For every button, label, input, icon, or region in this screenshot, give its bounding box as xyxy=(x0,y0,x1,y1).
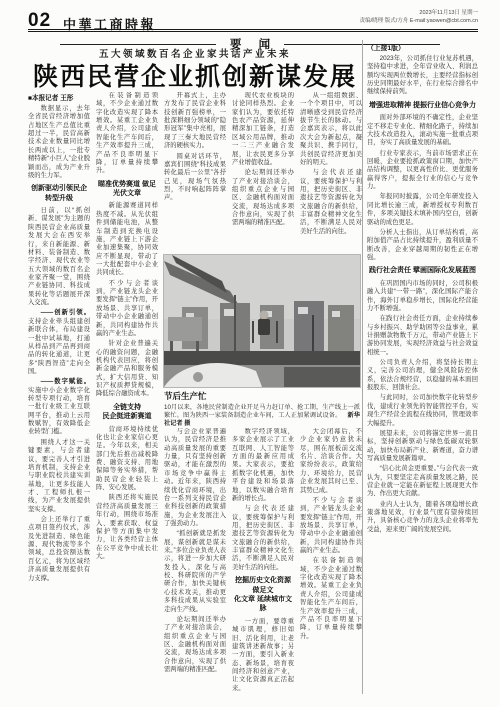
column-subhead: 增强进取精神 提振行业信心竞争力 xyxy=(367,101,478,110)
body-paragraph: 不少与会者谈到，产业链龙头企业要发挥“链主”作用，开放场景、共享订单，带动中小企… xyxy=(96,280,158,339)
body-paragraph: ——数字赋能。实施中小企业数字化转型专项行动，培育一批行业级工业互联网平台，推动… xyxy=(28,378,90,437)
body-paragraph: 开幕式上，主办方发布了民营企业科技创新百强榜单，一批深耕细分领域的“隐形冠军”集… xyxy=(164,92,226,151)
paragraph-lead: ——数字赋能。 xyxy=(41,378,90,385)
main-headline: 陕西民营企业抓创新谋发展 xyxy=(28,57,362,93)
body-paragraph: 从一组组数据、一个个项目中，可以清晰感受到民营经济拔节生长的脉动。与会嘉宾表示，… xyxy=(300,92,362,167)
body-paragraph: 陕西还将实施民营经济高质量发展三年行动，围绕市场准入、要素获取、权益保护等方面集… xyxy=(96,494,158,561)
article-column-1: ■本报记者 王彤数据显示，去年全省民营经济增加值占地区生产总值比重超过一半，民营… xyxy=(28,92,90,694)
body-paragraph: 数字经济领域，多家企业展示了工业互联网、人工智能等方面的最新应用成果。大家表示，… xyxy=(232,428,294,503)
photo-caption-text: 10月以来，各地民营制造企业开足马力赶订单、抢工期，生产线上一派繁忙。图为陕西一… xyxy=(164,404,360,428)
column-subhead: 践行社会责任 擘画国际化发展蓝图 xyxy=(367,266,478,275)
body-paragraph: 在巩固国内市场的同时，公司积极融入共建“一带一路”，深化国际产能合作，海外订单稳… xyxy=(367,280,478,313)
body-paragraph: 与会企业家普遍认为，民营经济是推动高质量发展的重要力量，只有坚持创新驱动，才能在… xyxy=(164,428,226,528)
factory-scene-illustration xyxy=(164,255,360,387)
body-paragraph: 数据显示，去年全省民营经济增加值占地区生产总值比重超过一半，民营高新技术企业数量… xyxy=(28,105,90,180)
body-paragraph: “抓创新就是抓发展，谋创新就是谋未来。”多位企业负责人表示，将进一步加大研发投入… xyxy=(164,530,226,614)
body-paragraph: 行业专家表示，当前市场需求正在回暖，企业要抢抓政策窗口期，加快产品结构调整，以更… xyxy=(367,150,478,192)
body-paragraph: 大会闭幕后，不少企业家仍意犹未尽，围在展板前交流名片、洽谈合作。大家纷纷表示，政… xyxy=(300,428,362,495)
article-column-2: 在装备制造领域，不少企业通过数字化改造实现了降本增效。某重工企业负责人介绍，公司… xyxy=(96,92,158,694)
date-line: 2023年11月13日 星期一 xyxy=(360,9,478,17)
article-column-5-bottom: 大会闭幕后，不少企业家仍意犹未尽，围在展板前交流名片、洽谈合作。大家纷纷表示，政… xyxy=(300,428,362,694)
article-column-3-bottom: 与会企业家普遍认为，民营经济是推动高质量发展的重要力量，只有坚持创新驱动，才能在… xyxy=(164,428,226,694)
body-paragraph: 圆桌对话环节，嘉宾们围绕“科技成果转化最后一公里”各抒己见，现场气氛热烈，不时响… xyxy=(164,153,226,203)
body-paragraph: 在装备制造领域，不少企业通过数字化改造实现了降本增效。某重工企业负责人介绍，公司… xyxy=(300,557,362,641)
body-paragraph: 面对外部环境的不确定性，企业坚定不移走专业化、精细化路子，持续加大技术改造投入，… xyxy=(367,114,478,147)
article-column-3-top: 开幕式上，主办方发布了民营企业科技创新百强榜单，一批深耕细分领域的“隐形冠军”集… xyxy=(164,92,226,250)
column-subhead: 全链支持民企挺进新赛道 xyxy=(96,403,158,422)
body-paragraph: 在装备制造领域，不少企业通过数字化改造实现了降本增效。某重工企业负责人介绍，公司… xyxy=(96,92,158,176)
editor-line: 责编/晓理 版式/方舟 E-mail:yaowen@cbt.com.cn xyxy=(360,17,478,25)
body-paragraph: 公司负责人介绍，将坚持长期主义，完善公司治理，健全风险防控体系，依法合规经营，以… xyxy=(367,359,478,392)
article-column-4-top: 现代农业板块的讨论同样热烈。企业家们认为，要依托特色农产品资源，延伸精深加工链条… xyxy=(232,92,294,250)
column-subhead: 挖掘历史文化资源做足文化文章 延续城市文脉 xyxy=(232,576,294,614)
body-paragraph: 与此同时，公司加快数字化转型步伐，建成行业领先的智能管控平台，实现生产经营全流程… xyxy=(367,394,478,427)
article-column-5-top: 从一组组数据、一个个项目中，可以清晰感受到民营经济拔节生长的脉动。与会嘉宾表示，… xyxy=(300,92,362,250)
body-paragraph: 与会代表还建议，要统筹保护与利用，把历史街区、非遗技艺等资源转化为文旅融合的新供… xyxy=(300,169,362,236)
photo-caption-block: 节后生产忙 10月以来，各地民营制造企业开足马力赶订单、抢工期，生产线上一派繁忙… xyxy=(164,390,360,428)
masthead-info: 2023年11月13日 星期一 责编/晓理 版式/方舟 E-mail:yaowe… xyxy=(360,9,478,25)
body-paragraph: 2023年，公司抓住行业复苏机遇，坚持稳中求进，全年营业收入、利润总额均实现两位… xyxy=(367,55,478,97)
body-paragraph: 论坛期间还举办了产业对接洽谈会，组织重点企业与园区、金融机构面对面交流，现场达成… xyxy=(164,616,226,675)
body-paragraph: 展望未来，公司将锚定世界一流目标，坚持创新驱动与绿色低碳双轮驱动，加快布局新产业… xyxy=(367,430,478,463)
column-divider xyxy=(362,40,363,694)
body-paragraph: 新能源赛道同样热度不减。从光伏组件到储能电池，从整车制造到充换电设施，产业链上下… xyxy=(96,202,158,277)
body-paragraph: 论坛期间还举办了产业对接洽谈会，组织重点企业与园区、金融机构面对面交流，现场达成… xyxy=(232,169,294,228)
body-paragraph: 与会代表还建议，要统筹保护与利用，把历史街区、非遗技艺等资源转化为文旅融合的新供… xyxy=(232,505,294,572)
body-paragraph: 现代农业板块的讨论同样热烈。企业家们认为，要依托特色农产品资源，延伸精深加工链条… xyxy=(232,92,294,167)
body-paragraph: 不少与会者谈到，产业链龙头企业要发挥“链主”作用，开放场景、共享订单，带动中小企… xyxy=(300,497,362,556)
body-paragraph: 业内人士认为，随着各项稳增长政策落地见效，行业景气度有望持续回升，具备核心竞争力… xyxy=(367,501,478,534)
column-subhead: 瞄准优势赛道 做足光伏文章 xyxy=(96,180,158,199)
body-paragraph: 日前，以“抓创新、谋发展”为主题的陕西民营企业高质量发展大会在西安举行，来自新能… xyxy=(28,207,90,307)
column-subhead: 创新驱动引领民企转型升级 xyxy=(28,184,90,203)
newspaper-page: 02 中華工商時報 2023年11月13日 星期一 责编/晓理 版式/方舟 E-… xyxy=(0,0,500,707)
byline: ■本报记者 王彤 xyxy=(28,92,90,102)
masthead-rule xyxy=(28,29,478,32)
continuation-note: （上接1版） xyxy=(367,42,478,52)
body-paragraph: 年报同时披露，公司全年研发投入同比增长逾三成，新增授权专利数百件，多项关键技术填… xyxy=(367,193,478,226)
body-paragraph: 在践行社会责任方面，企业持续参与乡村振兴、助学助困等公益事业，累计捐赠款物数千万… xyxy=(367,315,478,357)
body-paragraph: 一方面，要尊重城市肌理，修旧如旧、活化利用，让老建筑讲述新故事；另一方面，要引入… xyxy=(232,618,294,693)
photo-caption-title: 节后生产忙 xyxy=(164,390,360,402)
body-paragraph: ——创新引领。支持企业牵头组建创新联合体，布局建设一批中试基地，打通从样品到产品… xyxy=(28,309,90,376)
article-column-4-bottom: 数字经济领域，多家企业展示了工业互联网、人工智能等方面的最新应用成果。大家表示，… xyxy=(232,428,294,694)
section-rule-left xyxy=(60,44,216,45)
body-paragraph: 分析人士指出，从订单结构看，高附加值产品占比持续提升，盈利质量不断改善，企业穿越… xyxy=(367,229,478,262)
body-paragraph: 针对企业普遍关心的融资问题，金融机构代表回应，将创新金融产品和服务模式，扩大信用… xyxy=(96,340,158,399)
paragraph-lead: ——创新引领。 xyxy=(41,309,90,316)
body-paragraph: 会上还举行了重点项目签约仪式，涉及先进制造、绿色能源、现代物流等多个领域，总投资… xyxy=(28,516,90,583)
body-paragraph: 营商环境持续优化也让企业家信心更足。今年以来，相关部门先后推出减税降费、融资支持… xyxy=(96,426,158,493)
right-article-column: （上接1版）2023年，公司抓住行业复苏机遇，坚持稳中求进，全年营业收入、利润总… xyxy=(367,42,478,692)
body-paragraph: “信心比黄金更重要。”与会代表一致认为，只要坚定走高质量发展之路，民营企业就一定… xyxy=(367,465,478,498)
caption-body: 10月以来，各地民营制造企业开足马力赶订单、抢工期，生产线上一派繁忙。图为陕西一… xyxy=(164,404,360,419)
body-paragraph: 围绕人才这一关键要素，与会者建议，要完善人才引进培育机制，支持企业与职业院校共建… xyxy=(28,439,90,514)
news-photo xyxy=(164,255,360,387)
